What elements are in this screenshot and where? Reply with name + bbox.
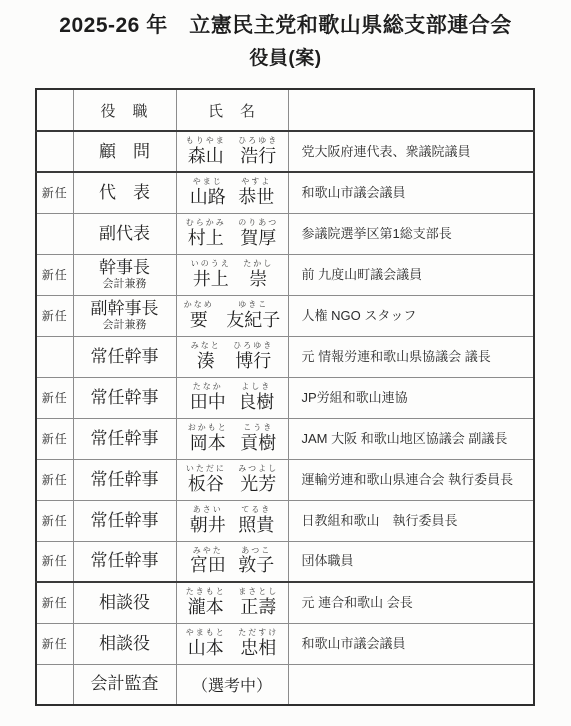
given-name-group: まさとし 正壽 — [238, 588, 278, 617]
header-note-cell — [288, 89, 534, 131]
given-name-kanji: 敦子 — [238, 555, 274, 576]
given-name-furigana: みつよし — [238, 465, 278, 474]
family-name-furigana: みなと — [191, 342, 221, 351]
new-appointment-label: 新任 — [42, 554, 68, 568]
family-name-kanji: 山路 — [190, 187, 226, 208]
given-name-group: やすよ 恭世 — [238, 178, 274, 207]
table-row: 会計監査 （選考中） — [36, 664, 534, 705]
name-cell: いただに 板谷 みつよし 光芳 — [176, 459, 288, 500]
position-label: 常任幹事 — [74, 551, 176, 571]
given-name-furigana: てるき — [241, 506, 271, 515]
table-row: 新任 幹事長 会計兼務 いのうえ 井上 たかし 崇 前 九度山町議会議員 — [36, 254, 534, 295]
note-cell — [288, 664, 534, 705]
header-position-label: 役 職 — [74, 100, 176, 121]
position-cell: 常任幹事 — [73, 500, 176, 541]
given-name-furigana: あつこ — [241, 547, 271, 556]
given-name-furigana: よしき — [241, 383, 271, 392]
note-cell: 和歌山市議会議員 — [288, 623, 534, 664]
given-name-kanji: 正壽 — [240, 597, 276, 618]
name-cell: みなと 湊 ひろゆき 博行 — [176, 336, 288, 377]
position-label: 幹事長 — [74, 258, 176, 278]
given-name-kanji: 恭世 — [238, 187, 274, 208]
position-label: 相談役 — [74, 634, 176, 654]
table-row: 新任 副幹事長 会計兼務 かなめ 要 ゆきこ 友紀子 人権 NGO スタッフ — [36, 295, 534, 336]
position-label: 顧 問 — [74, 142, 176, 162]
document-page: 2025-26 年 立憲民主党和歌山県総支部連合会 役員(案) 役 職 氏 名 … — [0, 0, 571, 726]
family-name-furigana: むらかみ — [186, 219, 226, 228]
title-subtitle: 役員(案) — [0, 43, 571, 70]
family-name-furigana: たなか — [193, 383, 223, 392]
name-cell: かなめ 要 ゆきこ 友紀子 — [176, 295, 288, 336]
given-name-furigana: ひろゆき — [233, 342, 273, 351]
position-label: 常任幹事 — [74, 388, 176, 408]
new-appointment-cell — [36, 336, 73, 377]
new-appointment-cell: 新任 — [36, 172, 73, 213]
given-name-group: たかし 崇 — [243, 260, 273, 289]
note-cell: 前 九度山町議会議員 — [288, 254, 534, 295]
family-name-group: いただに 板谷 — [186, 465, 226, 494]
note-label: 元 連合和歌山 会長 — [289, 595, 534, 611]
position-cell: 常任幹事 — [73, 541, 176, 582]
given-name-group: てるき 照貴 — [238, 506, 274, 535]
name-cell: たきもと 瀧本 まさとし 正壽 — [176, 582, 288, 623]
new-appointment-cell: 新任 — [36, 254, 73, 295]
family-name-kanji: 岡本 — [190, 433, 226, 454]
table-row: 新任 常任幹事 おかもと 岡本 こうき 貢樹 JAM 大阪 和歌山地区協議会 副… — [36, 418, 534, 459]
note-label: JP労組和歌山連協 — [289, 390, 534, 406]
family-name-kanji: 朝井 — [190, 515, 226, 536]
position-label: 相談役 — [74, 593, 176, 613]
table-row: 新任 常任幹事 たなか 田中 よしき 良樹 JP労組和歌山連協 — [36, 377, 534, 418]
family-name-furigana: いただに — [186, 465, 226, 474]
family-name-kanji: 瀧本 — [188, 597, 224, 618]
given-name-kanji: 賀厚 — [240, 228, 276, 249]
given-name-furigana: のりあつ — [238, 219, 278, 228]
table-row: 新任 常任幹事 あさい 朝井 てるき 照貴 日教組和歌山 執行委員長 — [36, 500, 534, 541]
name-cell: いのうえ 井上 たかし 崇 — [176, 254, 288, 295]
note-cell: 日教組和歌山 執行委員長 — [288, 500, 534, 541]
position-cell: 代 表 — [73, 172, 176, 213]
note-cell: 和歌山市議会議員 — [288, 172, 534, 213]
given-name-kanji: 貢樹 — [240, 433, 276, 454]
given-name-kanji: 忠相 — [240, 638, 276, 659]
note-cell: 運輸労連和歌山県連合会 執行委員長 — [288, 459, 534, 500]
given-name-group: ただすけ 忠相 — [238, 629, 278, 658]
header-new-cell — [36, 89, 73, 131]
table-row: 新任 相談役 たきもと 瀧本 まさとし 正壽 元 連合和歌山 会長 — [36, 582, 534, 623]
table-row: 顧 問 もりやま 森山 ひろゆき 浩行 党大阪府連代表、衆議院議員 — [36, 131, 534, 172]
table-row: 新任 常任幹事 いただに 板谷 みつよし 光芳 運輸労連和歌山県連合会 執行委員… — [36, 459, 534, 500]
note-label: 和歌山市議会議員 — [289, 185, 534, 201]
table-header-row: 役 職 氏 名 — [36, 89, 534, 131]
note-cell: 元 情報労連和歌山県協議会 議長 — [288, 336, 534, 377]
new-appointment-cell — [36, 131, 73, 172]
given-name-furigana: まさとし — [238, 588, 278, 597]
position-label: 副代表 — [74, 224, 176, 244]
title-year-org: 2025-26 年 立憲民主党和歌山県総支部連合会 — [0, 13, 571, 39]
given-name-group: こうき 貢樹 — [240, 424, 276, 453]
given-name-furigana: ただすけ — [238, 629, 278, 638]
new-appointment-cell: 新任 — [36, 582, 73, 623]
note-cell: 参議院選挙区第1総支部長 — [288, 213, 534, 254]
family-name-furigana: やまもと — [186, 629, 226, 638]
new-appointment-cell: 新任 — [36, 541, 73, 582]
note-label: 元 情報労連和歌山県協議会 議長 — [289, 349, 534, 365]
note-cell: 団体職員 — [288, 541, 534, 582]
note-label: 参議院選挙区第1総支部長 — [289, 226, 534, 242]
given-name-group: あつこ 敦子 — [238, 547, 274, 576]
note-label: 前 九度山町議会議員 — [289, 267, 534, 283]
position-cell: 副代表 — [73, 213, 176, 254]
position-cell: 顧 問 — [73, 131, 176, 172]
new-appointment-label: 新任 — [42, 309, 68, 323]
new-appointment-cell — [36, 213, 73, 254]
table-row: 副代表 むらかみ 村上 のりあつ 賀厚 参議院選挙区第1総支部長 — [36, 213, 534, 254]
family-name-group: あさい 朝井 — [190, 506, 226, 535]
family-name-group: たなか 田中 — [190, 383, 226, 412]
family-name-furigana: かなめ — [184, 301, 214, 310]
document-title: 2025-26 年 立憲民主党和歌山県総支部連合会 役員(案) — [0, 0, 571, 70]
family-name-kanji: 板谷 — [188, 474, 224, 495]
position-cell: 副幹事長 会計兼務 — [73, 295, 176, 336]
given-name-kanji: 照貴 — [238, 515, 274, 536]
officers-table: 役 職 氏 名 顧 問 もりやま 森山 ひろゆき 浩行 党大阪府連代表 — [35, 88, 535, 706]
family-name-group: やまじ 山路 — [190, 178, 226, 207]
note-label: 人権 NGO スタッフ — [289, 308, 534, 324]
family-name-kanji: 森山 — [188, 146, 224, 167]
note-cell: 元 連合和歌山 会長 — [288, 582, 534, 623]
note-cell: JAM 大阪 和歌山地区協議会 副議長 — [288, 418, 534, 459]
table-row: 新任 相談役 やまもと 山本 ただすけ 忠相 和歌山市議会議員 — [36, 623, 534, 664]
family-name-kanji: 湊 — [197, 351, 215, 372]
note-cell: 党大阪府連代表、衆議院議員 — [288, 131, 534, 172]
header-position-cell: 役 職 — [73, 89, 176, 131]
name-cell: みやた 宮田 あつこ 敦子 — [176, 541, 288, 582]
position-cell: 常任幹事 — [73, 377, 176, 418]
family-name-furigana: もりやま — [186, 137, 226, 146]
family-name-group: むらかみ 村上 — [186, 219, 226, 248]
family-name-furigana: たきもと — [186, 588, 226, 597]
position-label: 常任幹事 — [74, 470, 176, 490]
given-name-furigana: こうき — [243, 424, 273, 433]
given-name-group: よしき 良樹 — [238, 383, 274, 412]
new-appointment-label: 新任 — [42, 432, 68, 446]
position-cell: 会計監査 — [73, 664, 176, 705]
given-name-kanji: 友紀子 — [226, 310, 280, 331]
given-name-group: みつよし 光芳 — [238, 465, 278, 494]
family-name-group: たきもと 瀧本 — [186, 588, 226, 617]
new-appointment-label: 新任 — [42, 268, 68, 282]
given-name-kanji: 光芳 — [240, 474, 276, 495]
note-label: 日教組和歌山 執行委員長 — [289, 513, 534, 529]
given-name-group: ゆきこ 友紀子 — [226, 301, 280, 330]
family-name-group: かなめ 要 — [184, 301, 214, 330]
name-cell: たなか 田中 よしき 良樹 — [176, 377, 288, 418]
given-name-kanji: 良樹 — [238, 392, 274, 413]
new-appointment-label: 新任 — [42, 637, 68, 651]
new-appointment-cell — [36, 664, 73, 705]
position-label: 代 表 — [74, 183, 176, 203]
table-row: 新任 常任幹事 みやた 宮田 あつこ 敦子 団体職員 — [36, 541, 534, 582]
note-label: 団体職員 — [289, 553, 534, 569]
position-cell: 常任幹事 — [73, 459, 176, 500]
position-cell: 常任幹事 — [73, 336, 176, 377]
family-name-kanji: 井上 — [193, 269, 229, 290]
note-label: 運輸労連和歌山県連合会 執行委員長 — [289, 472, 534, 488]
new-appointment-label: 新任 — [42, 186, 68, 200]
position-label: 会計監査 — [74, 674, 176, 694]
position-cell: 相談役 — [73, 623, 176, 664]
family-name-group: いのうえ 井上 — [191, 260, 231, 289]
position-sub-label: 会計兼務 — [74, 319, 176, 332]
name-cell: やまもと 山本 ただすけ 忠相 — [176, 623, 288, 664]
new-appointment-label: 新任 — [42, 391, 68, 405]
family-name-group: もりやま 森山 — [186, 137, 226, 166]
new-appointment-label: 新任 — [42, 596, 68, 610]
new-appointment-cell: 新任 — [36, 500, 73, 541]
name-cell: むらかみ 村上 のりあつ 賀厚 — [176, 213, 288, 254]
name-cell: おかもと 岡本 こうき 貢樹 — [176, 418, 288, 459]
new-appointment-label: 新任 — [42, 514, 68, 528]
given-name-group: ひろゆき 博行 — [233, 342, 273, 371]
table-row: 新任 代 表 やまじ 山路 やすよ 恭世 和歌山市議会議員 — [36, 172, 534, 213]
family-name-kanji: 山本 — [188, 638, 224, 659]
table-body: 顧 問 もりやま 森山 ひろゆき 浩行 党大阪府連代表、衆議院議員 新任 代 表 — [36, 131, 534, 705]
note-cell: JP労組和歌山連協 — [288, 377, 534, 418]
family-name-group: みなと 湊 — [191, 342, 221, 371]
given-name-kanji: 崇 — [249, 269, 267, 290]
header-name-label: 氏 名 — [177, 100, 288, 121]
new-appointment-cell: 新任 — [36, 295, 73, 336]
note-label: JAM 大阪 和歌山地区協議会 副議長 — [289, 431, 534, 447]
family-name-kanji: 村上 — [188, 228, 224, 249]
new-appointment-cell: 新任 — [36, 459, 73, 500]
position-cell: 幹事長 会計兼務 — [73, 254, 176, 295]
name-placeholder-label: （選考中） — [192, 678, 272, 695]
table-row: 常任幹事 みなと 湊 ひろゆき 博行 元 情報労連和歌山県協議会 議長 — [36, 336, 534, 377]
position-label: 常任幹事 — [74, 347, 176, 367]
name-cell: やまじ 山路 やすよ 恭世 — [176, 172, 288, 213]
name-cell: あさい 朝井 てるき 照貴 — [176, 500, 288, 541]
new-appointment-cell: 新任 — [36, 418, 73, 459]
family-name-furigana: みやた — [193, 547, 223, 556]
position-label: 常任幹事 — [74, 511, 176, 531]
header-name-cell: 氏 名 — [176, 89, 288, 131]
family-name-group: やまもと 山本 — [186, 629, 226, 658]
new-appointment-label: 新任 — [42, 473, 68, 487]
given-name-group: のりあつ 賀厚 — [238, 219, 278, 248]
position-cell: 相談役 — [73, 582, 176, 623]
family-name-group: みやた 宮田 — [190, 547, 226, 576]
family-name-furigana: あさい — [193, 506, 223, 515]
note-cell: 人権 NGO スタッフ — [288, 295, 534, 336]
name-cell: もりやま 森山 ひろゆき 浩行 — [176, 131, 288, 172]
family-name-furigana: やまじ — [193, 178, 223, 187]
family-name-kanji: 宮田 — [190, 555, 226, 576]
position-cell: 常任幹事 — [73, 418, 176, 459]
family-name-group: おかもと 岡本 — [188, 424, 228, 453]
given-name-furigana: たかし — [243, 260, 273, 269]
given-name-group: ひろゆき 浩行 — [238, 137, 278, 166]
family-name-furigana: いのうえ — [191, 260, 231, 269]
given-name-furigana: ゆきこ — [238, 301, 268, 310]
position-label: 常任幹事 — [74, 429, 176, 449]
note-label: 党大阪府連代表、衆議院議員 — [289, 144, 534, 160]
position-sub-label: 会計兼務 — [74, 278, 176, 291]
family-name-kanji: 田中 — [190, 392, 226, 413]
given-name-furigana: ひろゆき — [238, 137, 278, 146]
note-label: 和歌山市議会議員 — [289, 636, 534, 652]
given-name-furigana: やすよ — [241, 178, 271, 187]
family-name-kanji: 要 — [190, 310, 208, 331]
new-appointment-cell: 新任 — [36, 623, 73, 664]
given-name-kanji: 博行 — [235, 351, 271, 372]
given-name-kanji: 浩行 — [240, 146, 276, 167]
family-name-furigana: おかもと — [188, 424, 228, 433]
name-cell: （選考中） — [176, 664, 288, 705]
new-appointment-cell: 新任 — [36, 377, 73, 418]
position-label: 副幹事長 — [74, 299, 176, 319]
